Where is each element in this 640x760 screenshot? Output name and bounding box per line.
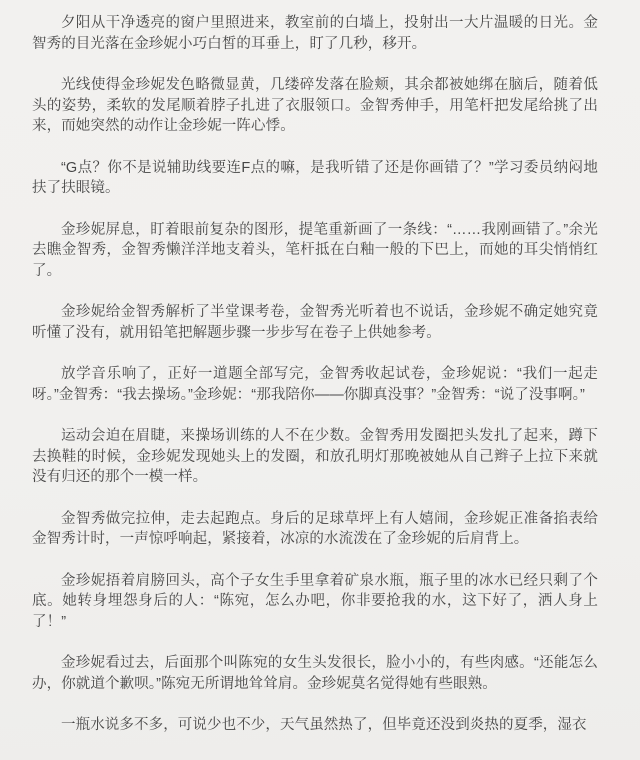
- paragraph-4: 金珍妮屏息，盯着眼前复杂的图形，提笔重新画了一条线：“……我刚画错了。”余光去瞧…: [32, 220, 598, 282]
- paragraph-5: 金珍妮给金智秀解析了半堂课考卷，金智秀光听着也不说话，金珍妮不确定她究竟听懂了没…: [32, 302, 598, 343]
- paragraph-3: “G点？你不是说辅助线要连F点的嘛，是我听错了还是你画错了？”学习委员纳闷地扶了…: [32, 158, 598, 199]
- paragraph-2: 光线使得金珍妮发色略微显黄，几缕碎发落在脸颊，其余都被她绑在脑后，随着低头的姿势…: [32, 75, 598, 137]
- paragraph-11: 一瓶水说多不多，可说少也不少，天气虽然热了，但毕竟还没到炎热的夏季，湿衣: [32, 715, 598, 736]
- paragraph-9: 金珍妮捂着肩膀回头，高个子女生手里拿着矿泉水瓶，瓶子里的冰水已经只剩了个底。她转…: [32, 571, 598, 633]
- reader-page[interactable]: 夕阳从干净透亮的窗户里照进来，教室前的白墙上，投射出一大片温暖的日光。金智秀的目…: [0, 0, 640, 760]
- paragraph-7: 运动会迫在眉睫，来操场训练的人不在少数。金智秀用发圈把头发扎了起来，蹲下去换鞋的…: [32, 426, 598, 488]
- paragraph-6: 放学音乐响了，正好一道题全部写完，金智秀收起试卷，金珍妮说：“我们一起走呀。”金…: [32, 364, 598, 405]
- paragraph-1: 夕阳从干净透亮的窗户里照进来，教室前的白墙上，投射出一大片温暖的日光。金智秀的目…: [32, 13, 598, 54]
- paragraph-10: 金珍妮看过去，后面那个叫陈宛的女生头发很长，脸小小的，有些肉感。“还能怎么办，你…: [32, 653, 598, 694]
- paragraph-8: 金智秀做完拉伸，走去起跑点。身后的足球草坪上有人嬉闹，金珍妮正准备掐表给金智秀计…: [32, 509, 598, 550]
